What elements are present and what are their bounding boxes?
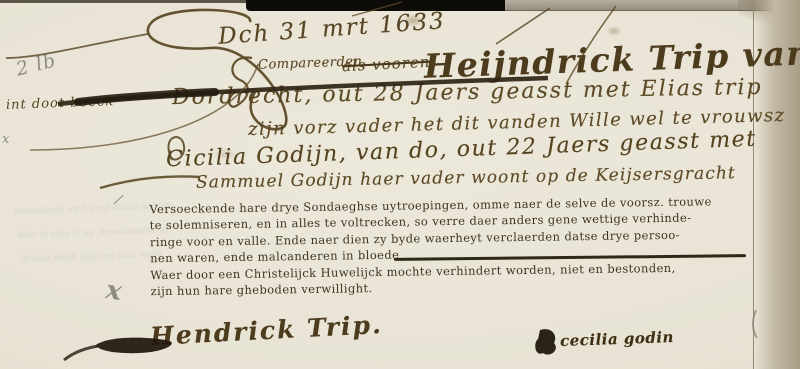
bleedthrough-text: te solemniseren, en in alles te voltreck…	[18, 225, 168, 240]
ink-stain	[606, 26, 622, 36]
date-underline-sweep	[6, 34, 148, 58]
margin-note-struck: int doot boeck	[6, 94, 115, 113]
signature-groom: Hendrick Trip.	[149, 310, 383, 351]
signature-bride: cecilia godin	[560, 328, 674, 350]
top-edge-black-shadow	[246, 0, 514, 11]
sammuel-lead-sweep	[100, 176, 200, 188]
pencil-tick-mark: /	[113, 192, 123, 209]
date-line: Dch 31 mrt 1633	[217, 8, 446, 50]
signature-blot-tail	[64, 346, 98, 360]
groom-origin-line: Dordrecht, out 28 Jaers geasst met Elias…	[172, 75, 763, 110]
bleedthrough-text: ringe voor en valle. Ende naer dien zy b…	[22, 250, 162, 265]
struck-phrase: als vooren	[342, 53, 431, 76]
pencil-annotation: 2 lb	[14, 49, 58, 80]
pencil-cross-mark: x	[2, 132, 9, 147]
pencil-cross-mark: x	[104, 275, 124, 307]
manuscript-scan-page: Versoeckende hare drye Sondaeghse uytroe…	[0, 0, 800, 369]
bride-signature-blot	[535, 329, 556, 354]
bleedthrough-text: Versoeckende hare drye Sondaeghse uytroe…	[14, 201, 172, 217]
flourish-diagonal	[496, 8, 550, 44]
printed-form-block: Versoeckende hare drye Sondaeghse uytroe…	[149, 193, 750, 300]
